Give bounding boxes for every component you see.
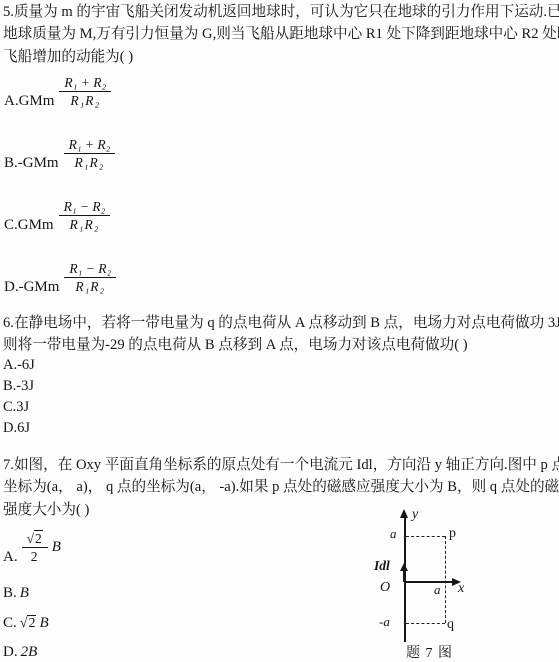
fraction-numerator: √2 xyxy=(22,531,48,548)
option-label: A. xyxy=(3,549,18,566)
fraction-numerator: R₁ + R₂ xyxy=(64,137,116,154)
radicand: 2 xyxy=(34,530,43,546)
x-axis-label: x xyxy=(458,582,464,596)
q7-option-d: D.2B xyxy=(3,644,37,661)
option-value: 2B xyxy=(21,644,38,661)
dashed-line-q-horizontal xyxy=(406,623,445,624)
option-label: B.-GMm xyxy=(4,155,59,172)
question-5-line-1: 5.质量为 m 的宇宙飞船关闭发动机返回地球时，可认为它只在地球的引力作用下运动… xyxy=(3,1,559,23)
current-element-label: Idl xyxy=(374,559,390,573)
dashed-line-p-horizontal xyxy=(406,536,445,537)
exam-page: 5.质量为 m 的宇宙飞船关闭发动机返回地球时，可认为它只在地球的引力作用下运动… xyxy=(0,0,559,662)
point-p-label: p xyxy=(449,527,456,541)
fraction-denominator: 2 xyxy=(31,548,39,564)
question-6-text: 6.在静电场中，若将一带电量为 q 的点电荷从 A 点移动到 B 点，电场力对点… xyxy=(3,312,559,357)
fraction-denominator: R₁R₂ xyxy=(75,154,105,170)
dashed-line-vertical xyxy=(445,536,446,623)
current-element-arrow-stem xyxy=(403,570,406,582)
fraction-denominator: R₁R₂ xyxy=(75,278,105,294)
fraction-numerator: R₁ + R₂ xyxy=(59,75,111,92)
question-6-line-2: 则将一带电量为-29 的点电荷从 B 点移到 A 点，电场力对该点电荷做功( ) xyxy=(3,334,559,356)
question-5-line-2: 地球质量为 M,万有引力恒量为 G,则当飞船从距地球中心 R1 处下降到距地球中… xyxy=(3,23,559,45)
fraction-numerator: R₁ − R₂ xyxy=(64,261,116,278)
q5-option-a: A.GMm R₁ + R₂ R₁R₂ xyxy=(4,75,111,108)
option-label: C. xyxy=(3,615,17,632)
q7-option-b: B.B xyxy=(3,585,29,602)
option-label: D.-GMm xyxy=(4,279,59,296)
figure-caption: 题 7 图 xyxy=(406,642,453,662)
fraction: R₁ − R₂ R₁R₂ xyxy=(64,261,116,294)
neg-a-label: -a xyxy=(379,615,390,629)
figure-question-7: Idl y x O a a -a p q 题 7 图 xyxy=(373,498,485,662)
radical-sign: √ xyxy=(27,531,34,546)
q7-option-c: C. √2 B xyxy=(3,615,49,632)
q6-option-b: B.-3J xyxy=(3,376,35,397)
question-7-line-2: 坐标为(a， a)， q 点的坐标为(a， -a).如果 p 点处的磁感应强度大… xyxy=(3,476,559,498)
q6-option-c: C.3J xyxy=(3,397,35,418)
origin-label: O xyxy=(380,581,390,595)
option-value: B xyxy=(52,539,61,556)
option-label: B. xyxy=(3,585,17,602)
option-label: A.GMm xyxy=(4,93,54,110)
fraction: R₁ + R₂ R₁R₂ xyxy=(59,75,111,108)
question-5-line-3: 飞船增加的动能为( ) xyxy=(3,46,559,68)
fraction-denominator: R₁R₂ xyxy=(70,216,100,232)
q5-option-c: C.GMm R₁ − R₂ R₁R₂ xyxy=(4,199,110,232)
question-6-line-1: 6.在静电场中，若将一带电量为 q 的点电荷从 A 点移动到 B 点，电场力对点… xyxy=(3,312,559,334)
q7-option-a: A. √2 2 B xyxy=(3,531,61,564)
fraction: √2 2 xyxy=(22,531,48,564)
q5-option-b: B.-GMm R₁ + R₂ R₁R₂ xyxy=(4,137,115,170)
y-axis-label: y xyxy=(412,508,418,522)
fraction-denominator: R₁R₂ xyxy=(70,92,100,108)
option-label: D. xyxy=(3,644,18,661)
point-q-label: q xyxy=(447,618,454,632)
q6-option-a: A.-6J xyxy=(3,355,35,376)
y-axis-arrow-icon xyxy=(400,509,408,518)
question-7-line-1: 7.如图，在 Oxy 平面直角坐标系的原点处有一个电流元 Idl，方向沿 y 轴… xyxy=(3,454,559,476)
fraction: R₁ − R₂ R₁R₂ xyxy=(59,199,111,232)
option-value: B xyxy=(39,615,48,632)
option-value: B xyxy=(20,585,29,602)
q6-options: A.-6J B.-3J C.3J D.6J xyxy=(3,355,35,439)
sqrt-expression: √2 xyxy=(20,616,37,632)
fraction-numerator: R₁ − R₂ xyxy=(59,199,111,216)
a-on-x-label: a xyxy=(434,583,441,597)
q5-option-d: D.-GMm R₁ − R₂ R₁R₂ xyxy=(4,261,116,294)
question-5-text: 5.质量为 m 的宇宙飞船关闭发动机返回地球时，可认为它只在地球的引力作用下运动… xyxy=(3,1,559,68)
q6-option-d: D.6J xyxy=(3,418,35,439)
a-on-y-label: a xyxy=(390,527,397,541)
fraction: R₁ + R₂ R₁R₂ xyxy=(64,137,116,170)
radicand: 2 xyxy=(27,615,36,631)
option-label: C.GMm xyxy=(4,217,54,234)
